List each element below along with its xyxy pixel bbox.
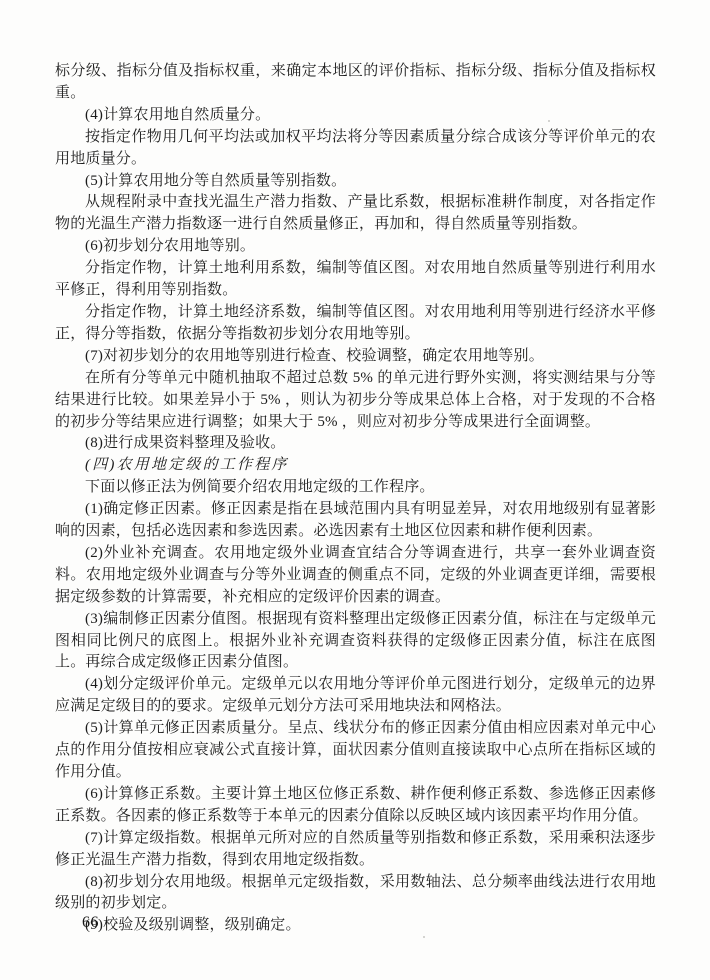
paragraph: (6)初步划分农用地等别。 bbox=[55, 236, 656, 258]
paragraph: (5)计算单元修正因素质量分。呈点、线状分布的修正因素分值由相应因素对单元中心点… bbox=[55, 718, 656, 784]
paragraph: 分指定作物，计算土地利用系数，编制等值区图。对农用地自然质量等别进行利用水平修正… bbox=[55, 258, 656, 302]
paragraph: (9)校验及级别调整，级别确定。 bbox=[55, 915, 656, 937]
scan-speck bbox=[548, 120, 550, 122]
page-text: 标分级、指标分值及指标权重，来确定本地区的评价指标、指标分级、指标分值及指标权重… bbox=[55, 61, 656, 937]
paragraph: 从规程附录中查找光温生产潜力指数、产量比系数，根据标准耕作制度，对各指定作物的光… bbox=[55, 192, 656, 236]
paragraph: (5)计算农用地分等自然质量等别指数。 bbox=[55, 171, 656, 193]
page-number: 66 bbox=[82, 914, 99, 932]
paragraph: 分指定作物，计算土地经济系数，编制等值区图。对农用地利用等别进行经济水平修正，得… bbox=[55, 302, 656, 346]
paragraph: (8)初步划分农用地级。根据单元定级指数，采用数轴法、总分频率曲线法进行农用地级… bbox=[55, 872, 656, 916]
section-heading: (四)农用地定级的工作程序 bbox=[55, 455, 656, 477]
paragraph: (6)计算修正系数。主要计算土地区位修正系数、耕作便利修正系数、参选修正因素修正… bbox=[55, 784, 656, 828]
paragraph: (2)外业补充调查。农用地定级外业调查宜结合分等调查进行，共享一套外业调查资料。… bbox=[55, 543, 656, 609]
paragraph: 下面以修正法为例简要介绍农用地定级的工作程序。 bbox=[55, 477, 656, 499]
paragraph: (7)对初步划分的农用地等别进行检查、校验调整，确定农用地等别。 bbox=[55, 346, 656, 368]
paragraph: 按指定作物用几何平均法或加权平均法将分等因素质量分综合成该分等评价单元的农用地质… bbox=[55, 127, 656, 171]
paragraph: 在所有分等单元中随机抽取不超过总数 5% 的单元进行野外实测，将实测结果与分等结… bbox=[55, 368, 656, 434]
document-page: 标分级、指标分值及指标权重，来确定本地区的评价指标、指标分级、指标分值及指标权重… bbox=[0, 0, 710, 980]
paragraph: (4)划分定级评价单元。定级单元以农用地分等评价单元图进行划分，定级单元的边界应… bbox=[55, 674, 656, 718]
paragraph: (8)进行成果资料整理及验收。 bbox=[55, 433, 656, 455]
paragraph: (7)计算定级指数。根据单元所对应的自然质量等别指数和修正系数，采用乘积法逐步修… bbox=[55, 828, 656, 872]
paragraph: (1)确定修正因素。修正因素是指在县域范围内具有明显差异，对农用地级别有显著影响… bbox=[55, 499, 656, 543]
paragraph: (3)编制修正因素分值图。根据现有资料整理出定级修正因素分值，标注在与定级单元图… bbox=[55, 609, 656, 675]
paragraph: (4)计算农用地自然质量分。 bbox=[55, 105, 656, 127]
scan-speck bbox=[423, 936, 425, 938]
paragraph: 标分级、指标分值及指标权重，来确定本地区的评价指标、指标分级、指标分值及指标权重… bbox=[55, 61, 656, 105]
